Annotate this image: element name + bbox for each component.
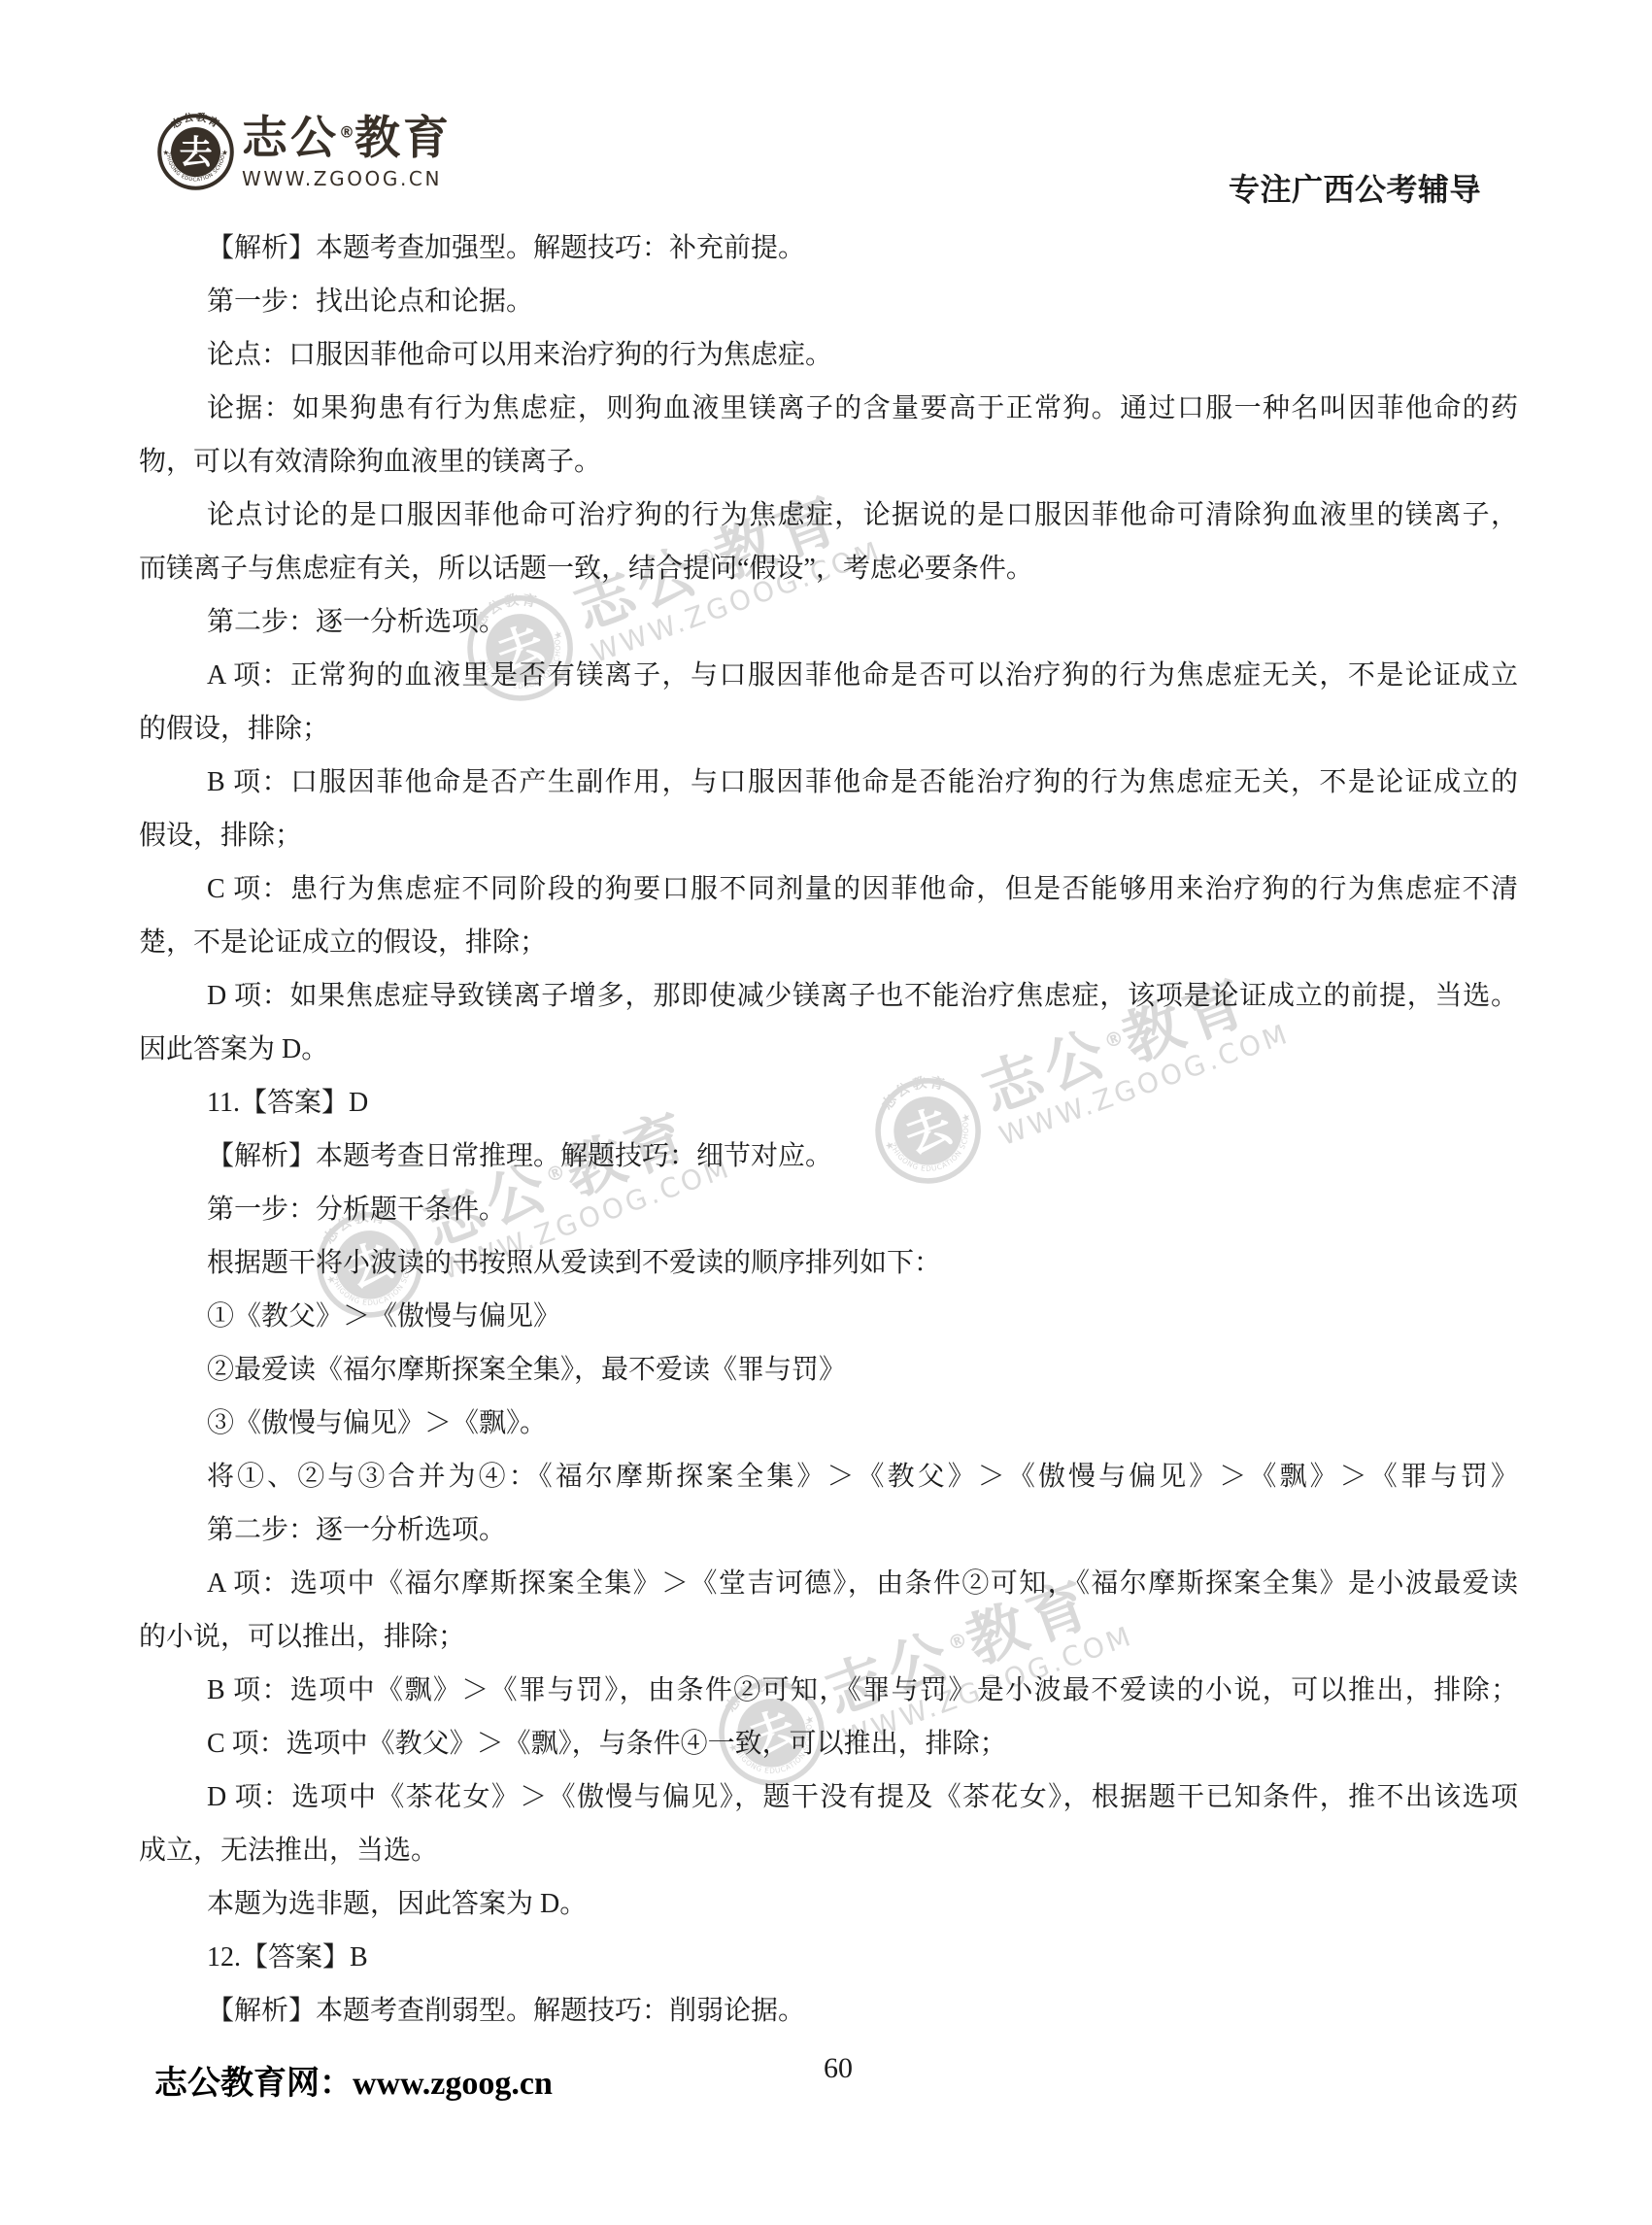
registered-mark-icon: ®: [339, 122, 354, 141]
seal-graphic: 志公教育ZHIGONG EDUCATION SCHOOL★★去: [156, 113, 235, 191]
logo-website: WWW.ZGOOG.CN: [242, 167, 452, 190]
text-line: C 项：选项中《教父》＞《飘》，与条件④一致，可以推出，排除；: [139, 1717, 1518, 1770]
text-line: 【解析】本题考查日常推理。解题技巧：细节对应。: [139, 1129, 1518, 1183]
text-line: 12.【答案】B: [139, 1931, 1518, 1984]
svg-text:去: 去: [179, 134, 212, 173]
footer-site-link: 志公教育网：www.zgoog.cn: [154, 2056, 553, 2104]
svg-text:★: ★: [162, 148, 169, 156]
body-text: 【解析】本题考查加强型。解题技巧：补充前提。第一步：找出论点和论据。论点：口服因…: [139, 221, 1518, 2038]
text-line: 物，可以有效清除狗血液里的镁离子。: [139, 435, 1518, 489]
page-number: 60: [824, 2052, 853, 2085]
text-line: D 项：选项中《茶花女》＞《傲慢与偏见》，题干没有提及《茶花女》，根据题干已知条…: [139, 1770, 1518, 1824]
text-line: B 项：口服因菲他命是否产生副作用，与口服因菲他命是否能治疗狗的行为焦虑症无关，…: [139, 756, 1518, 809]
text-line: 而镁离子与焦虑症有关，所以话题一致，结合提问“假设”，考虑必要条件。: [139, 542, 1518, 595]
text-line: A 项：选项中《福尔摩斯探案全集》＞《堂吉诃德》，由条件②可知，《福尔摩斯探案全…: [139, 1557, 1518, 1610]
text-line: 论点讨论的是口服因菲他命可治疗狗的行为焦虑症，论据说的是口服因菲他命可清除狗血液…: [139, 489, 1518, 542]
text-line: A 项：正常狗的血液里是否有镁离子，与口服因菲他命是否可以治疗狗的行为焦虑症无关…: [139, 649, 1518, 702]
text-line: 论点：口服因菲他命可以用来治疗狗的行为焦虑症。: [139, 328, 1518, 382]
text-line: 因此答案为 D。: [139, 1023, 1518, 1076]
text-line: 成立，无法推出，当选。: [139, 1824, 1518, 1877]
text-line: 的小说，可以推出，排除；: [139, 1610, 1518, 1664]
text-line: 【解析】本题考查削弱型。解题技巧：削弱论据。: [139, 1984, 1518, 2038]
text-line: C 项：患行为焦虑症不同阶段的狗要口服不同剂量的因菲他命，但是否能够用来治疗狗的…: [139, 862, 1518, 916]
text-line: 11.【答案】D: [139, 1076, 1518, 1129]
text-line: ①《教父》＞《傲慢与偏见》: [139, 1290, 1518, 1343]
text-line: 第一步：找出论点和论据。: [139, 275, 1518, 328]
header-slogan: 专注广西公考辅导: [1229, 165, 1481, 210]
logo-brand: 志公®教育: [242, 115, 452, 164]
text-line: 论据：如果狗患有行为焦虑症，则狗血液里镁离子的含量要高于正常狗。通过口服一种名叫…: [139, 382, 1518, 435]
text-line: D 项：如果焦虑症导致镁离子增多，那即使减少镁离子也不能治疗焦虑症，该项是论证成…: [139, 969, 1518, 1023]
text-line: 第二步：逐一分析选项。: [139, 1503, 1518, 1557]
text-line: 假设，排除；: [139, 809, 1518, 862]
svg-text:★: ★: [221, 148, 228, 156]
text-line: 本题为选非题，因此答案为 D。: [139, 1877, 1518, 1931]
logo: 志公®教育 WWW.ZGOOG.CN: [242, 115, 452, 190]
document-page: 志公教育ZHIGONG EDUCATION SCHOOL★★去志公®教育WWW.…: [0, 0, 1652, 2225]
text-line: 的假设，排除；: [139, 702, 1518, 756]
text-line: B 项：选项中《飘》＞《罪与罚》，由条件②可知，《罪与罚》是小波最不爱读的小说，…: [139, 1664, 1518, 1717]
text-line: ②最爱读《福尔摩斯探案全集》，最不爱读《罪与罚》: [139, 1343, 1518, 1397]
text-line: 根据题干将小波读的书按照从爱读到不爱读的顺序排列如下：: [139, 1236, 1518, 1290]
text-line: ③《傲慢与偏见》＞《飘》。: [139, 1397, 1518, 1450]
logo-seal: 志公教育ZHIGONG EDUCATION SCHOOL★★去: [156, 113, 235, 191]
text-line: 将①、②与③合并为④：《福尔摩斯探案全集》＞《教父》＞《傲慢与偏见》＞《飘》＞《…: [139, 1450, 1518, 1503]
text-line: 【解析】本题考查加强型。解题技巧：补充前提。: [139, 221, 1518, 275]
text-line: 第一步：分析题干条件。: [139, 1183, 1518, 1236]
text-line: 楚，不是论证成立的假设，排除；: [139, 916, 1518, 969]
text-line: 第二步：逐一分析选项。: [139, 595, 1518, 649]
